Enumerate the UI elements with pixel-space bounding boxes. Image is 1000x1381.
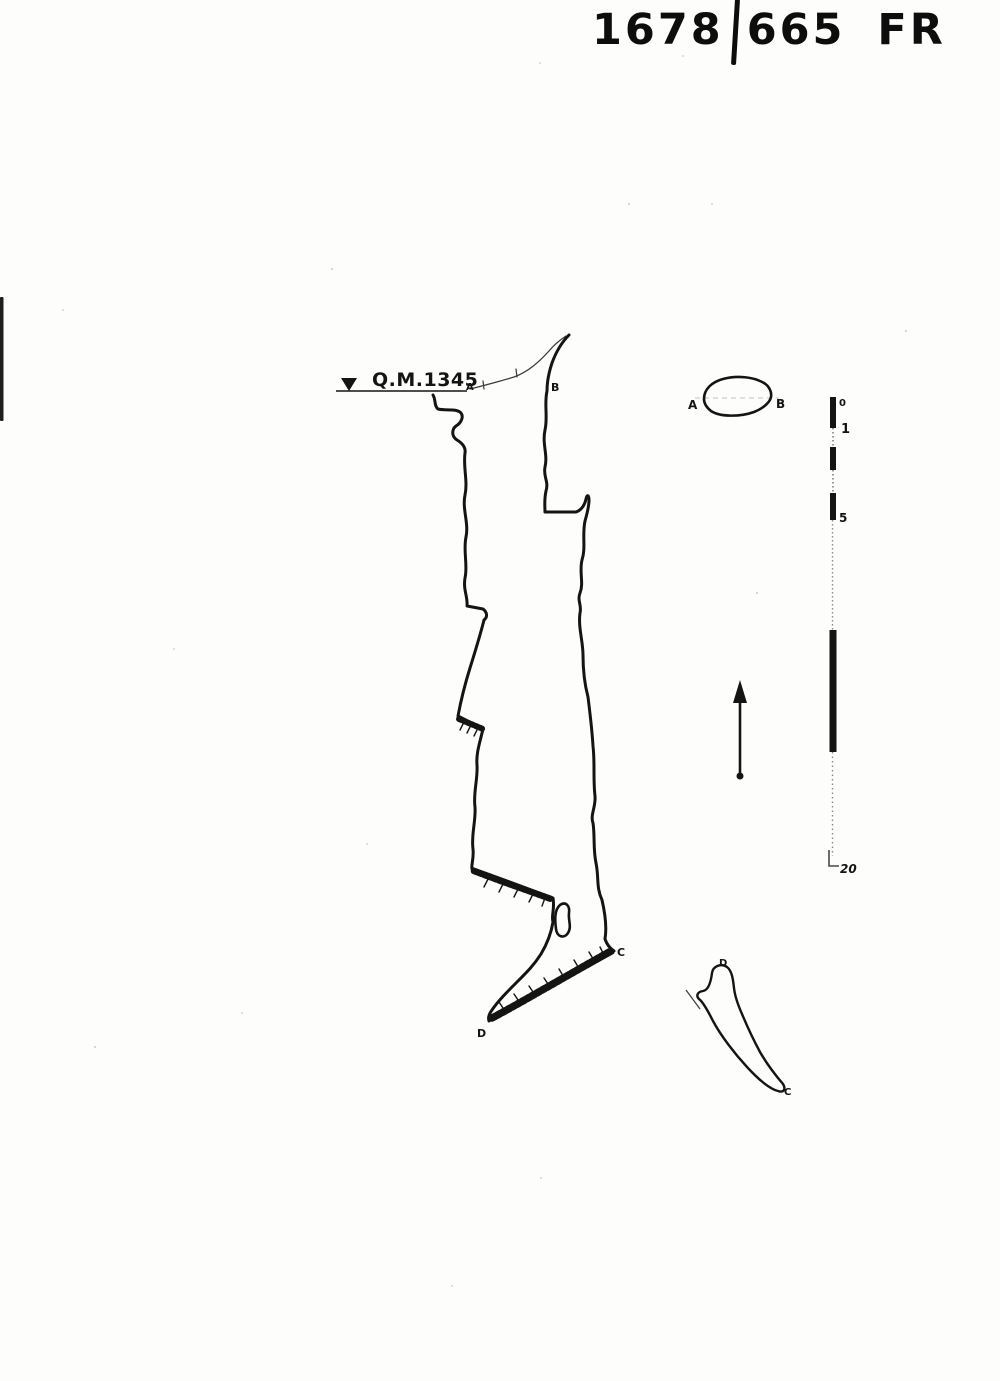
profile-station-c-label: C [617,946,625,959]
scale-tick-20: 20 [840,862,857,876]
scale-bar-foot [829,850,839,866]
scale-tick-1: 1 [841,422,850,437]
plan-view-lower-outline [697,965,784,1091]
profile-left-wall [433,395,554,1021]
north-arrow-icon [733,680,747,780]
scanned-survey-page: 1678 665 FR Q.M.1345 [0,0,1000,1381]
scan-edge-artifact [0,297,4,421]
scale-tick-5: 5 [839,511,847,525]
cave-survey-drawing: Q.M.1345 [0,0,1000,1381]
profile-right-wall [544,335,614,951]
plan-upper-station-a-label: A [688,398,698,412]
datum-triangle-icon [341,378,357,391]
scale-tick-0: 0 [839,398,846,409]
profile-station-d-label: D [477,1027,486,1040]
scan-speckles [62,55,907,1287]
plan-upper-station-b-label: B [776,397,785,411]
boulder-outline [555,904,570,937]
scale-bar: 0 1 5 20 [829,397,857,876]
plan-view-upper-outline [704,377,771,416]
scree-slope-floor [489,947,613,1021]
plan-lower-station-d-label: D [719,958,727,969]
plan-lower-station-c-label: C [784,1087,791,1098]
scree-ledge [459,719,483,736]
profile-station-b-label: B [551,381,559,394]
scree-slope-upper [472,868,553,906]
plan-view-lower: D C [686,958,791,1098]
datum-label: Q.M.1345 [372,369,478,391]
plan-view-upper: A B [688,377,785,416]
surface-vegetation-ticks [483,369,517,389]
profile-station-a-label: A [466,382,474,393]
